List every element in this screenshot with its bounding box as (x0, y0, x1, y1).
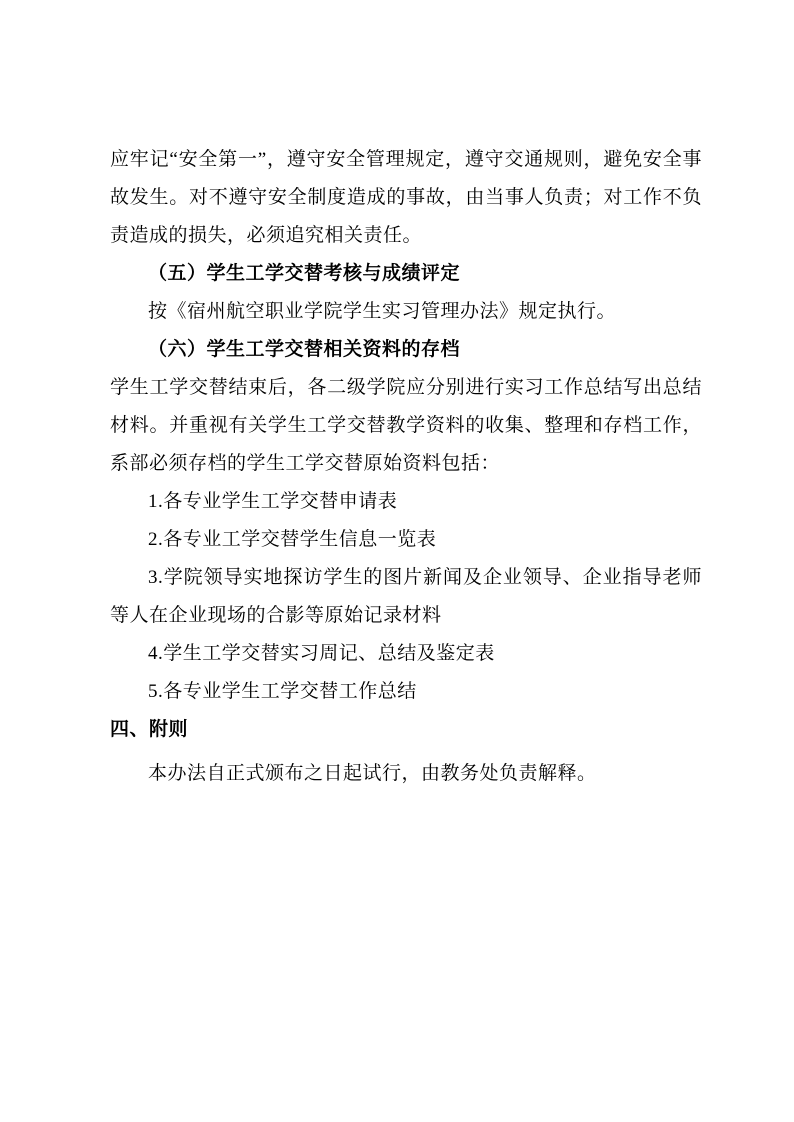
body-paragraph-closing: 本办法自正式颁布之日起试行，由教务处负责解释。 (110, 755, 702, 793)
list-item-2: 2.各专业工学交替学生信息一览表 (110, 521, 702, 559)
list-item-1: 1.各专业学生工学交替申请表 (110, 483, 702, 521)
document-page: 应牢记“安全第一”，遵守安全管理规定，遵守交通规则，避免安全事故发生。对不遵守安… (0, 0, 794, 1122)
list-item-3: 3.学院领导实地探访学生的图片新闻及企业领导、企业指导老师等人在企业现场的合影等… (110, 559, 702, 635)
section-heading-5: （五）学生工学交替考核与成绩评定 (110, 255, 702, 293)
body-paragraph-assessment: 按《宿州航空职业学院学生实习管理办法》规定执行。 (110, 293, 702, 331)
body-paragraph-archive: 学生工学交替结束后，各二级学院应分别进行实习工作总结写出总结材料。并重视有关学生… (110, 369, 702, 483)
body-paragraph-safety: 应牢记“安全第一”，遵守安全管理规定，遵守交通规则，避免安全事故发生。对不遵守安… (110, 141, 702, 255)
document-content: 应牢记“安全第一”，遵守安全管理规定，遵守交通规则，避免安全事故发生。对不遵守安… (110, 141, 702, 793)
section-heading-6: （六）学生工学交替相关资料的存档 (110, 331, 702, 369)
chapter-heading-4: 四、附则 (110, 711, 702, 749)
list-item-5: 5.各专业学生工学交替工作总结 (110, 673, 702, 711)
list-item-4: 4.学生工学交替实习周记、总结及鉴定表 (110, 635, 702, 673)
